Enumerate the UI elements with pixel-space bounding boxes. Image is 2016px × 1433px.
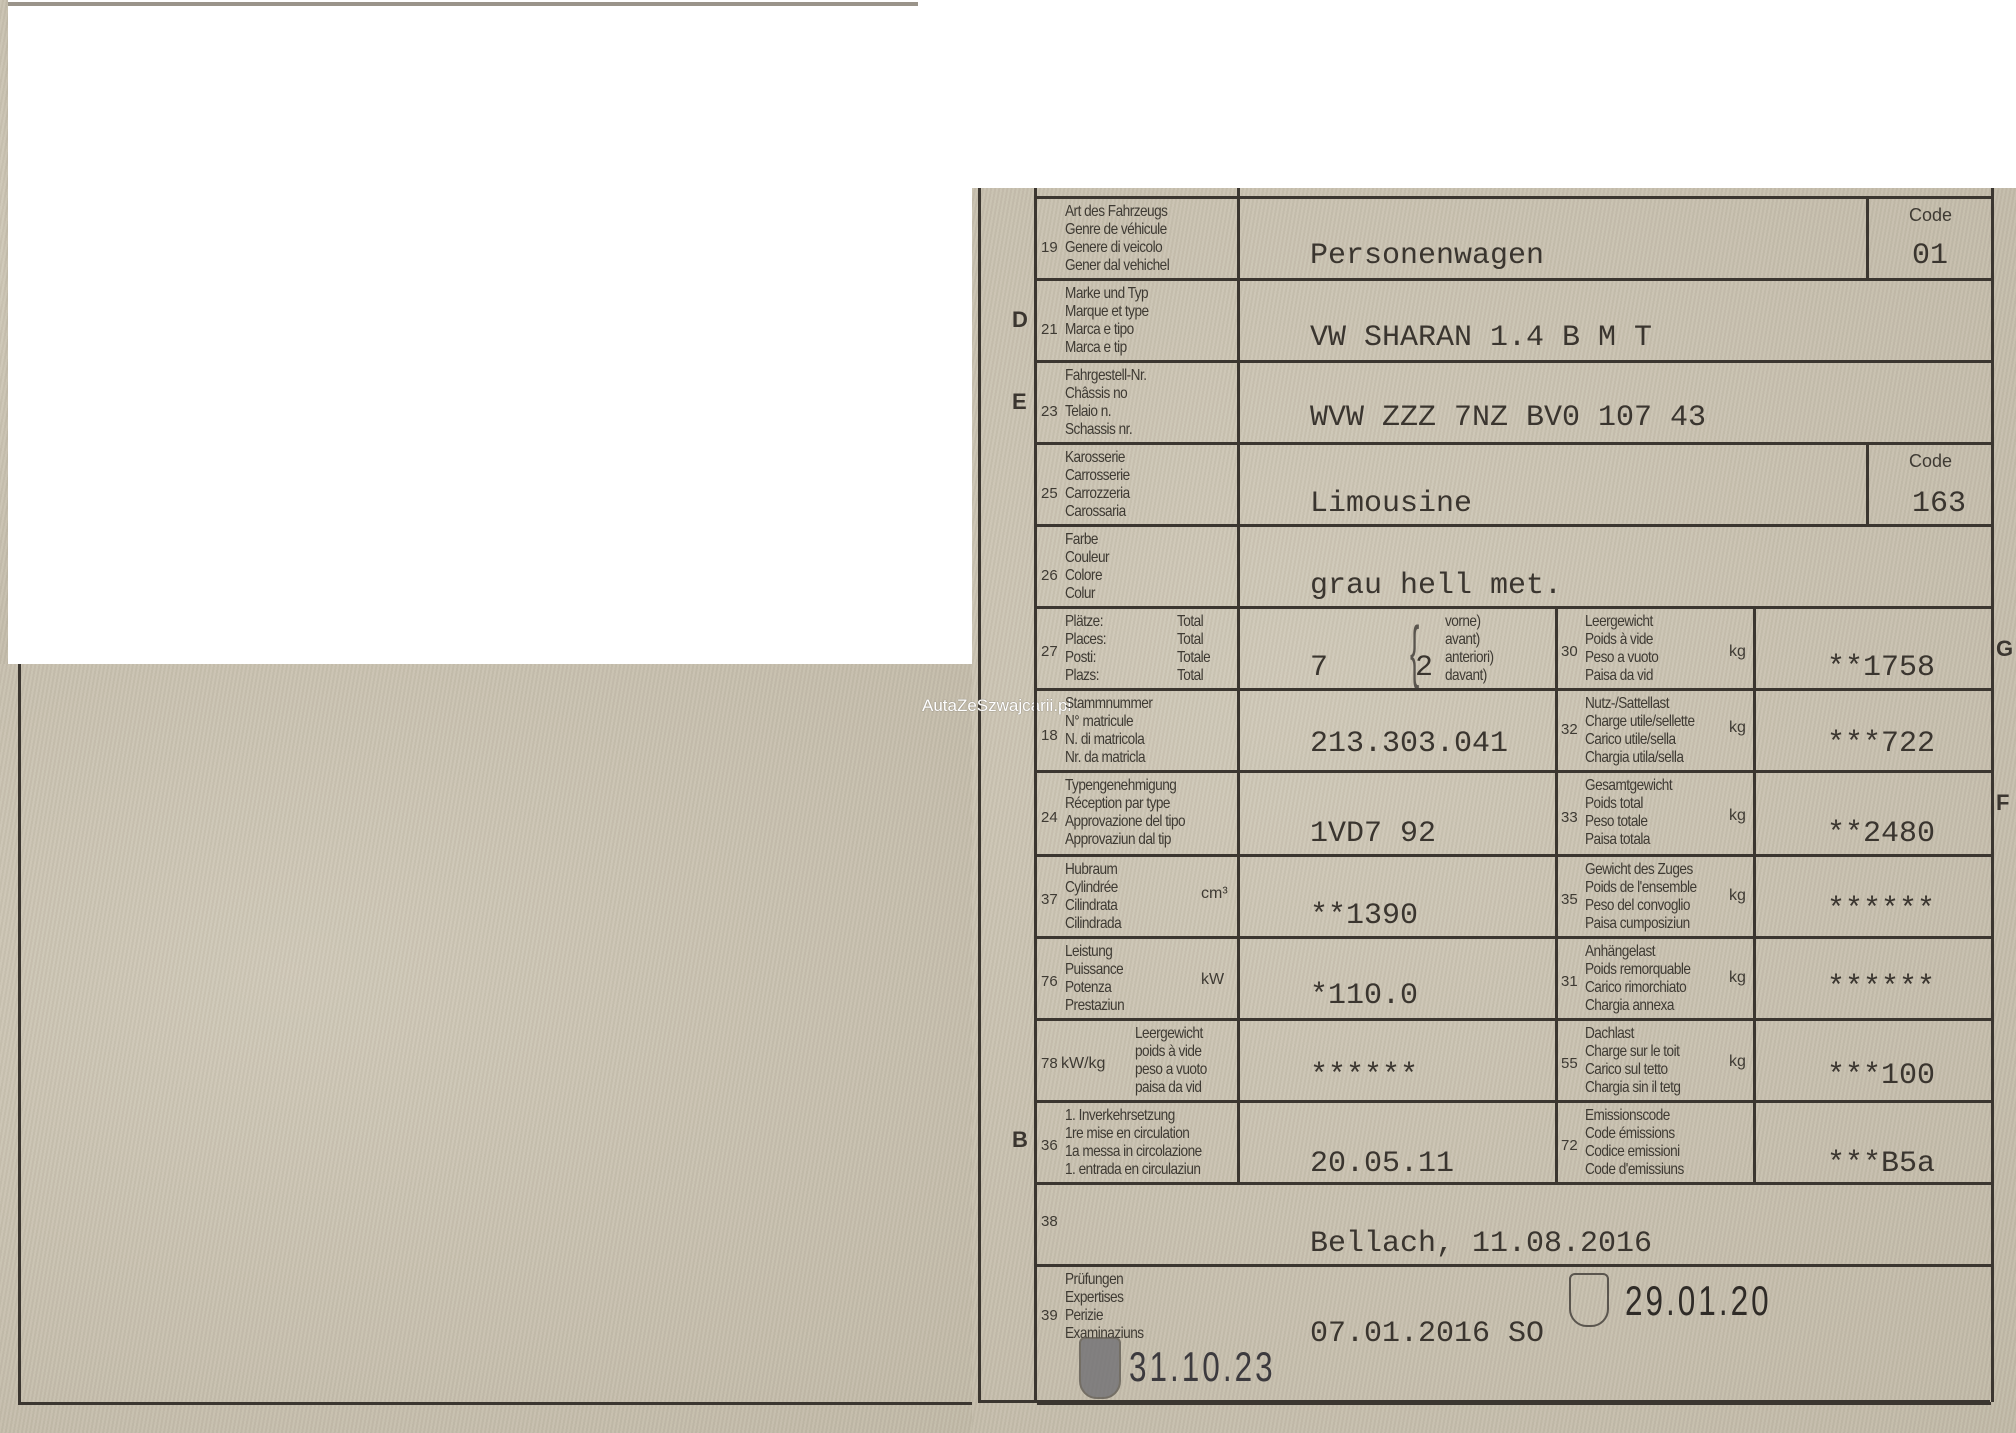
body-type-value: Limousine xyxy=(1310,487,1472,521)
field-number: 72 xyxy=(1561,1137,1578,1154)
row-18-32: 18 StammnummerN° matriculeN. di matricol… xyxy=(1037,688,1991,773)
unit-kg: kg xyxy=(1729,969,1746,987)
emission-code-value: ***B5a xyxy=(1827,1147,1935,1181)
field-number: 31 xyxy=(1561,973,1578,990)
inspection-stamp-1: 29.01.20 xyxy=(1625,1277,1772,1325)
row-23: 23 Fahrgestell-Nr.Châssis noTelaio n.Sch… xyxy=(1037,360,1991,445)
row-21: 21 Marke und TypMarque et typeMarca e ti… xyxy=(1037,278,1991,363)
label-block: AnhängelastPoids remorquableCarico rimor… xyxy=(1585,943,1690,1015)
label-block: FarbeCouleurColoreColur xyxy=(1065,531,1109,603)
vehicle-type-code: 01 xyxy=(1912,239,1948,273)
registration-form: 19 Art des FahrzeugsGenre de véhiculeGen… xyxy=(1034,188,1994,1402)
row-37-35: 37 HubraumCylindréeCilindrataCilindrada … xyxy=(1037,854,1991,939)
row-76-31: 76 LeistungPuissancePotenzaPrestaziun kW… xyxy=(1037,936,1991,1021)
field-number: 33 xyxy=(1561,809,1578,826)
label-block: Marke und TypMarque et typeMarca e tipoM… xyxy=(1065,285,1149,357)
row-24-33: 24 TypengenehmigungRéception par typeApp… xyxy=(1037,770,1991,857)
unit-kw: kW xyxy=(1201,971,1224,989)
train-weight-value: ****** xyxy=(1827,893,1935,927)
roof-load-value: ***100 xyxy=(1827,1059,1935,1093)
left-page-frame xyxy=(18,664,980,1405)
side-letter-f: F xyxy=(1996,790,2009,816)
label-block: EmissionscodeCode émissionsCodice emissi… xyxy=(1585,1107,1684,1179)
label-block-total: TotalTotalTotaleTotal xyxy=(1177,613,1210,685)
side-letter-d: D xyxy=(1012,307,1028,333)
field-number: 76 xyxy=(1041,973,1058,990)
seats-total-value: 7 xyxy=(1310,651,1328,685)
field-number: 30 xyxy=(1561,643,1578,660)
payload-value: ***722 xyxy=(1827,727,1935,761)
power-value: *110.0 xyxy=(1310,979,1418,1013)
first-registration-value: 20.05.11 xyxy=(1310,1147,1454,1181)
field-number: 38 xyxy=(1041,1213,1058,1230)
field-number: 37 xyxy=(1041,891,1058,908)
canton-crest-icon xyxy=(1079,1337,1121,1399)
label-block: PrüfungenExpertisesPerizieExaminaziuns xyxy=(1065,1271,1144,1343)
field-number: 18 xyxy=(1041,727,1058,744)
label-block: StammnummerN° matriculeN. di matricolaNr… xyxy=(1065,695,1152,767)
label-block: 1. Inverkehrsetzung1re mise en circulati… xyxy=(1065,1107,1202,1179)
row-36-72: 36 1. Inverkehrsetzung1re mise en circul… xyxy=(1037,1100,1991,1185)
label-block: GesamtgewichtPoids totalPeso totalePaisa… xyxy=(1585,777,1672,849)
unit-kg: kg xyxy=(1729,643,1746,661)
row-27-30: 27 Plätze:Places:Posti:Plazs: TotalTotal… xyxy=(1037,606,1991,691)
side-letter-b: B xyxy=(1012,1127,1028,1153)
field-number: 27 xyxy=(1041,643,1058,660)
paper-left-edge xyxy=(0,0,8,664)
label-block: DachlastCharge sur le toitCarico sul tet… xyxy=(1585,1025,1680,1097)
field-number: 35 xyxy=(1561,891,1578,908)
empty-weight-value: **1758 xyxy=(1827,651,1935,685)
field-number: 19 xyxy=(1041,239,1058,256)
field-number: 25 xyxy=(1041,485,1058,502)
chassis-number-value: WVW ZZZ 7NZ BV0 107 43 xyxy=(1310,401,1706,435)
label-block: Art des FahrzeugsGenre de véhiculeGenere… xyxy=(1065,203,1169,275)
field-number: 26 xyxy=(1041,567,1058,584)
right-page-outer-line xyxy=(978,188,981,1402)
top-edge-line xyxy=(8,2,918,6)
unit-kg: kg xyxy=(1729,719,1746,737)
label-block: Fahrgestell-Nr.Châssis noTelaio n.Schass… xyxy=(1065,367,1147,439)
displacement-value: **1390 xyxy=(1310,899,1418,933)
row-78-55: 78 kW/kg Leergewichtpoids à videpeso a v… xyxy=(1037,1018,1991,1103)
front-label-block: vorne)avant)anteriori)davant) xyxy=(1445,613,1494,685)
label-block: KarosserieCarrosserieCarrozzeriaCarossar… xyxy=(1065,449,1130,521)
unit-cm3: cm³ xyxy=(1201,885,1228,903)
label-block: Nutz-/SattellastCharge utile/selletteCar… xyxy=(1585,695,1695,767)
trailer-load-value: ****** xyxy=(1827,971,1935,1005)
field-number: 21 xyxy=(1041,321,1058,338)
color-value: grau hell met. xyxy=(1310,569,1562,603)
seats-front-value: 2 xyxy=(1415,651,1433,685)
issue-place-date-value: Bellach, 11.08.2016 xyxy=(1310,1227,1652,1261)
vehicle-type-value: Personenwagen xyxy=(1310,239,1544,273)
label-block: Leergewichtpoids à videpeso a vuotopaisa… xyxy=(1135,1025,1207,1097)
unit-kg: kg xyxy=(1729,1053,1746,1071)
inspection-stamp-2: 31.10.23 xyxy=(1129,1343,1276,1391)
side-letter-g: G xyxy=(1996,636,2013,662)
canton-crest-icon xyxy=(1569,1273,1609,1327)
side-letter-e: E xyxy=(1012,389,1027,415)
field-number: 32 xyxy=(1561,721,1578,738)
code-label: Code xyxy=(1909,451,1952,472)
total-weight-value: **2480 xyxy=(1827,817,1935,851)
field-number: 78 xyxy=(1041,1055,1058,1072)
label-block: HubraumCylindréeCilindrataCilindrada xyxy=(1065,861,1121,933)
unit-kg: kg xyxy=(1729,807,1746,825)
code-label: Code xyxy=(1909,205,1952,226)
label-block: TypengenehmigungRéception par typeApprov… xyxy=(1065,777,1185,849)
label-block: Plätze:Places:Posti:Plazs: xyxy=(1065,613,1106,685)
row-25: 25 KarosserieCarrosserieCarrozzeriaCaros… xyxy=(1037,442,1991,527)
inspection-date-value: 07.01.2016 SO xyxy=(1310,1317,1544,1351)
body-type-code: 163 xyxy=(1912,487,1966,521)
unit-kg: kg xyxy=(1729,887,1746,905)
row-39: 39 PrüfungenExpertisesPerizieExaminaziun… xyxy=(1037,1264,1991,1405)
field-number: 23 xyxy=(1041,403,1058,420)
power-to-weight-value: ****** xyxy=(1310,1059,1418,1093)
field-number: 39 xyxy=(1041,1307,1058,1324)
field-number: 24 xyxy=(1041,809,1058,826)
registry-number-value: 213.303.041 xyxy=(1310,727,1508,761)
row-19: 19 Art des FahrzeugsGenre de véhiculeGen… xyxy=(1037,196,1991,281)
make-model-value: VW SHARAN 1.4 B M T xyxy=(1310,321,1652,355)
row-38: 38 Bellach, 11.08.2016 xyxy=(1037,1182,1991,1267)
label-block: LeergewichtPoids à videPeso a vuotoPaisa… xyxy=(1585,613,1658,685)
label-block: LeistungPuissancePotenzaPrestaziun xyxy=(1065,943,1124,1015)
row-cut xyxy=(1037,188,1991,196)
field-number: 55 xyxy=(1561,1055,1578,1072)
row-26: 26 FarbeCouleurColoreColur grau hell met… xyxy=(1037,524,1991,609)
type-approval-value: 1VD7 92 xyxy=(1310,817,1436,851)
label-block: Gewicht des ZugesPoids de l'ensemblePeso… xyxy=(1585,861,1697,933)
field-number: 36 xyxy=(1041,1137,1058,1154)
unit-kw-kg: kW/kg xyxy=(1061,1055,1105,1073)
